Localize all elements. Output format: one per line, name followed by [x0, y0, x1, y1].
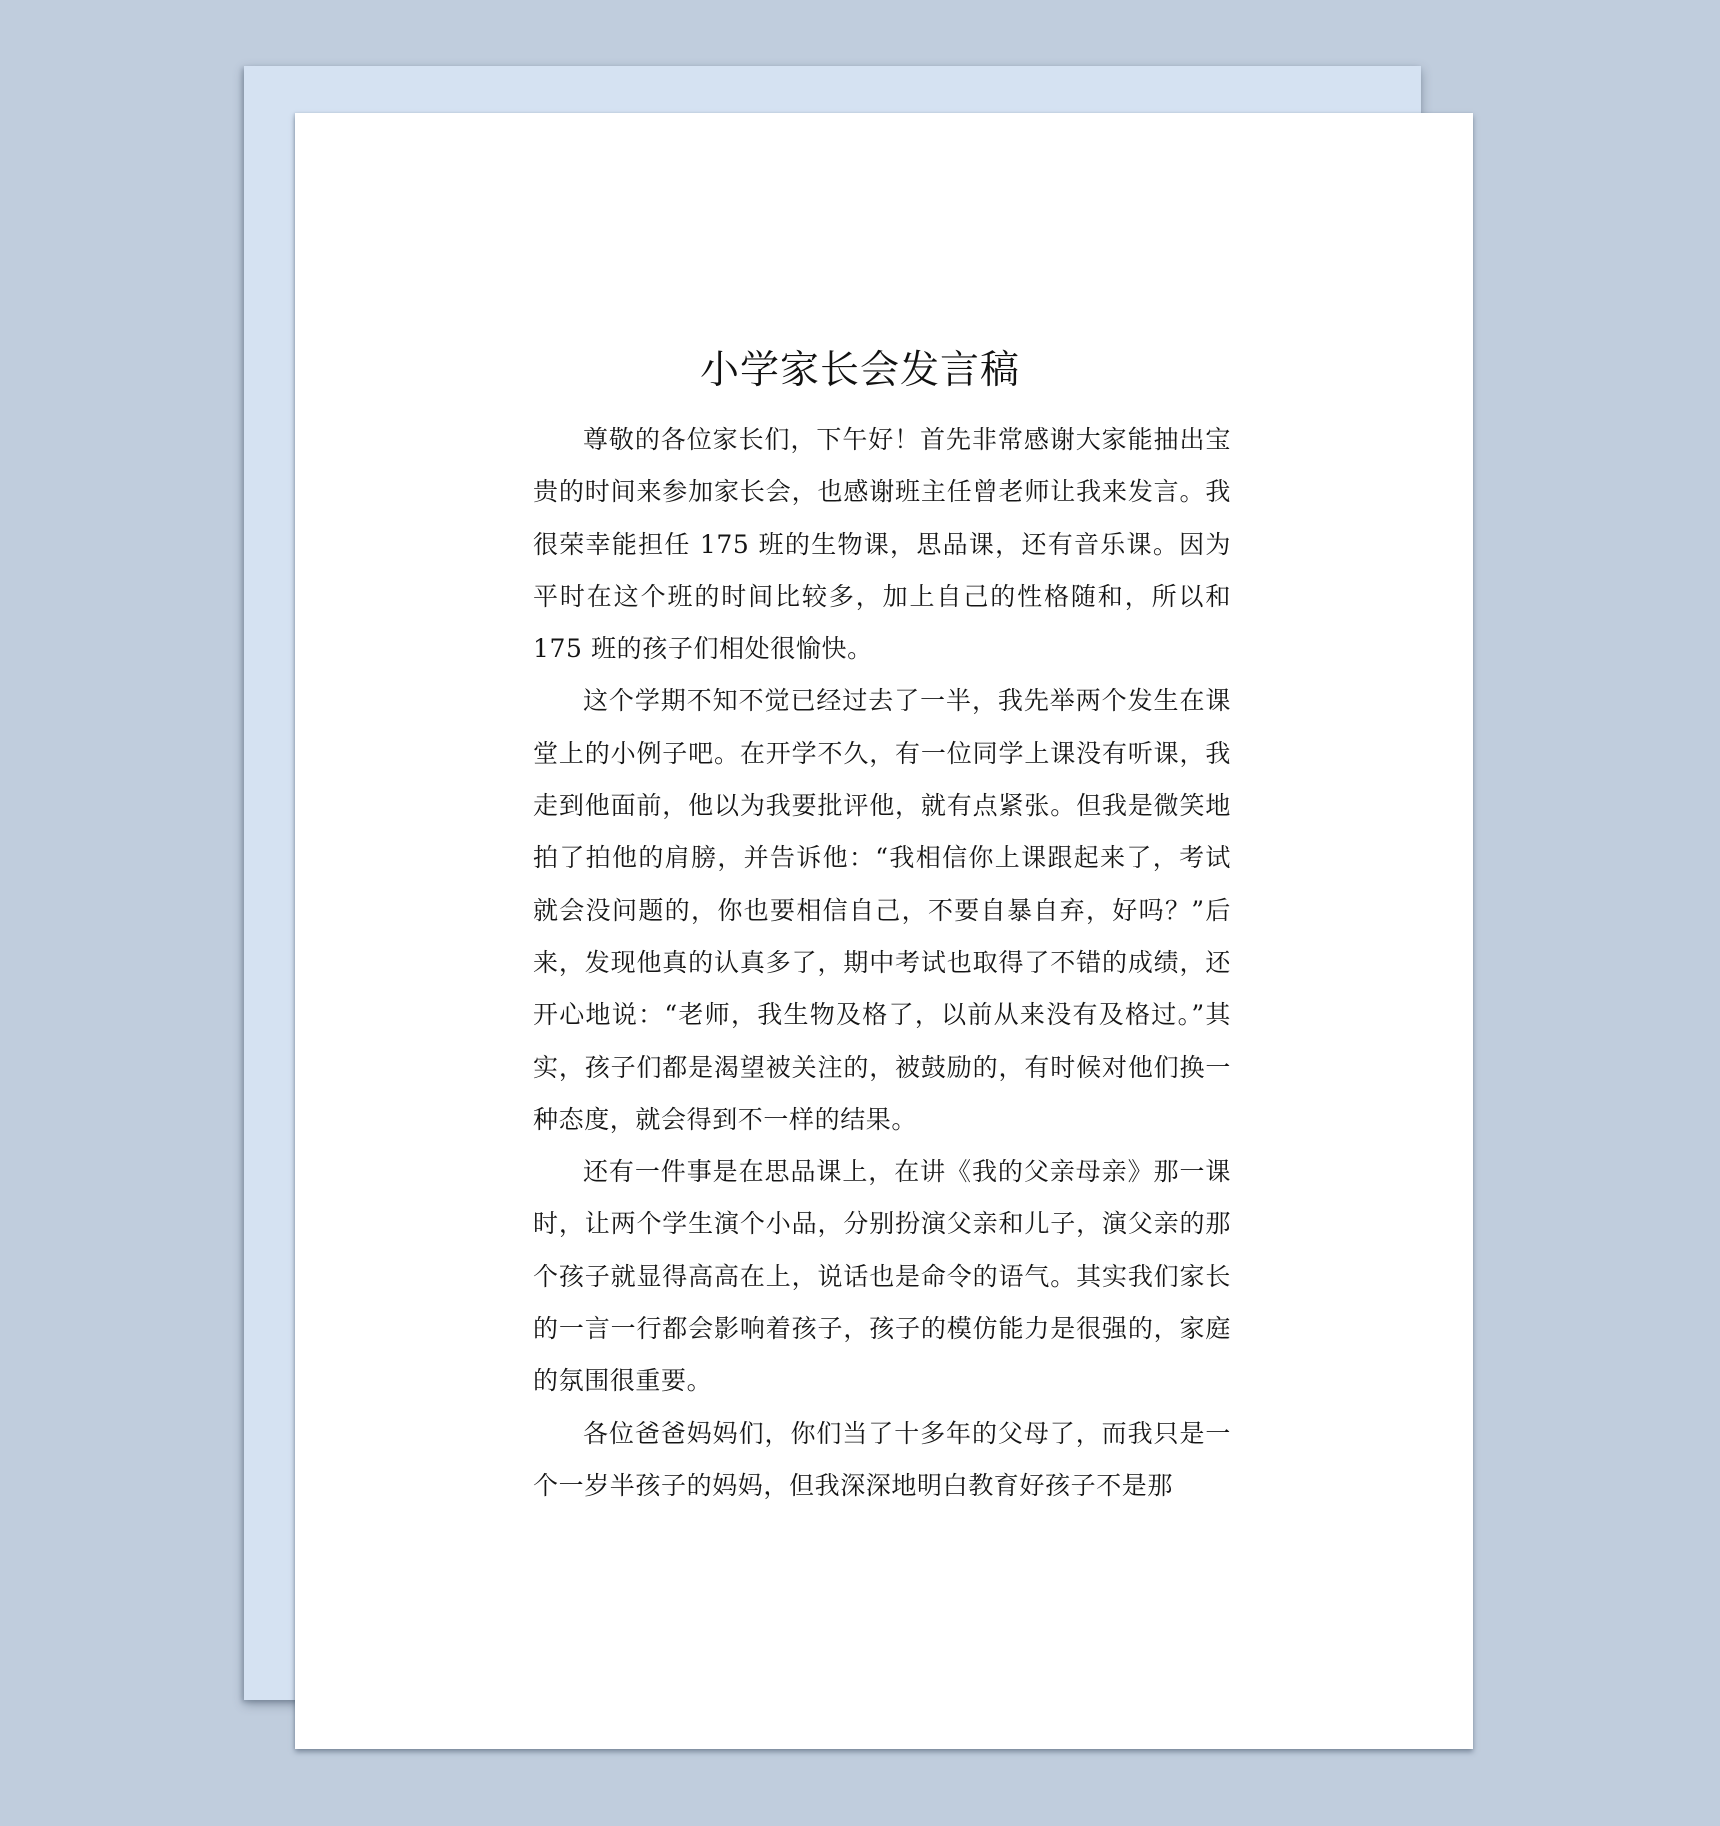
paragraph-parents-address: 各位爸爸妈妈们，你们当了十多年的父母了，而我只是一个一岁半孩子的妈妈，但我深深地… — [533, 1408, 1231, 1513]
document-body: 尊敬的各位家长们，下午好！首先非常感谢大家能抽出宝贵的时间来参加家长会，也感谢班… — [533, 414, 1231, 1512]
paragraph-ethics-class: 还有一件事是在思品课上，在讲《我的父亲母亲》那一课时，让两个学生演个小品，分别扮… — [533, 1146, 1231, 1407]
document-title: 小学家长会发言稿 — [0, 345, 1720, 397]
paragraph-greeting: 尊敬的各位家长们，下午好！首先非常感谢大家能抽出宝贵的时间来参加家长会，也感谢班… — [533, 414, 1231, 675]
paragraph-classroom-example: 这个学期不知不觉已经过去了一半，我先举两个发生在课堂上的小例子吧。在开学不久，有… — [533, 675, 1231, 1146]
